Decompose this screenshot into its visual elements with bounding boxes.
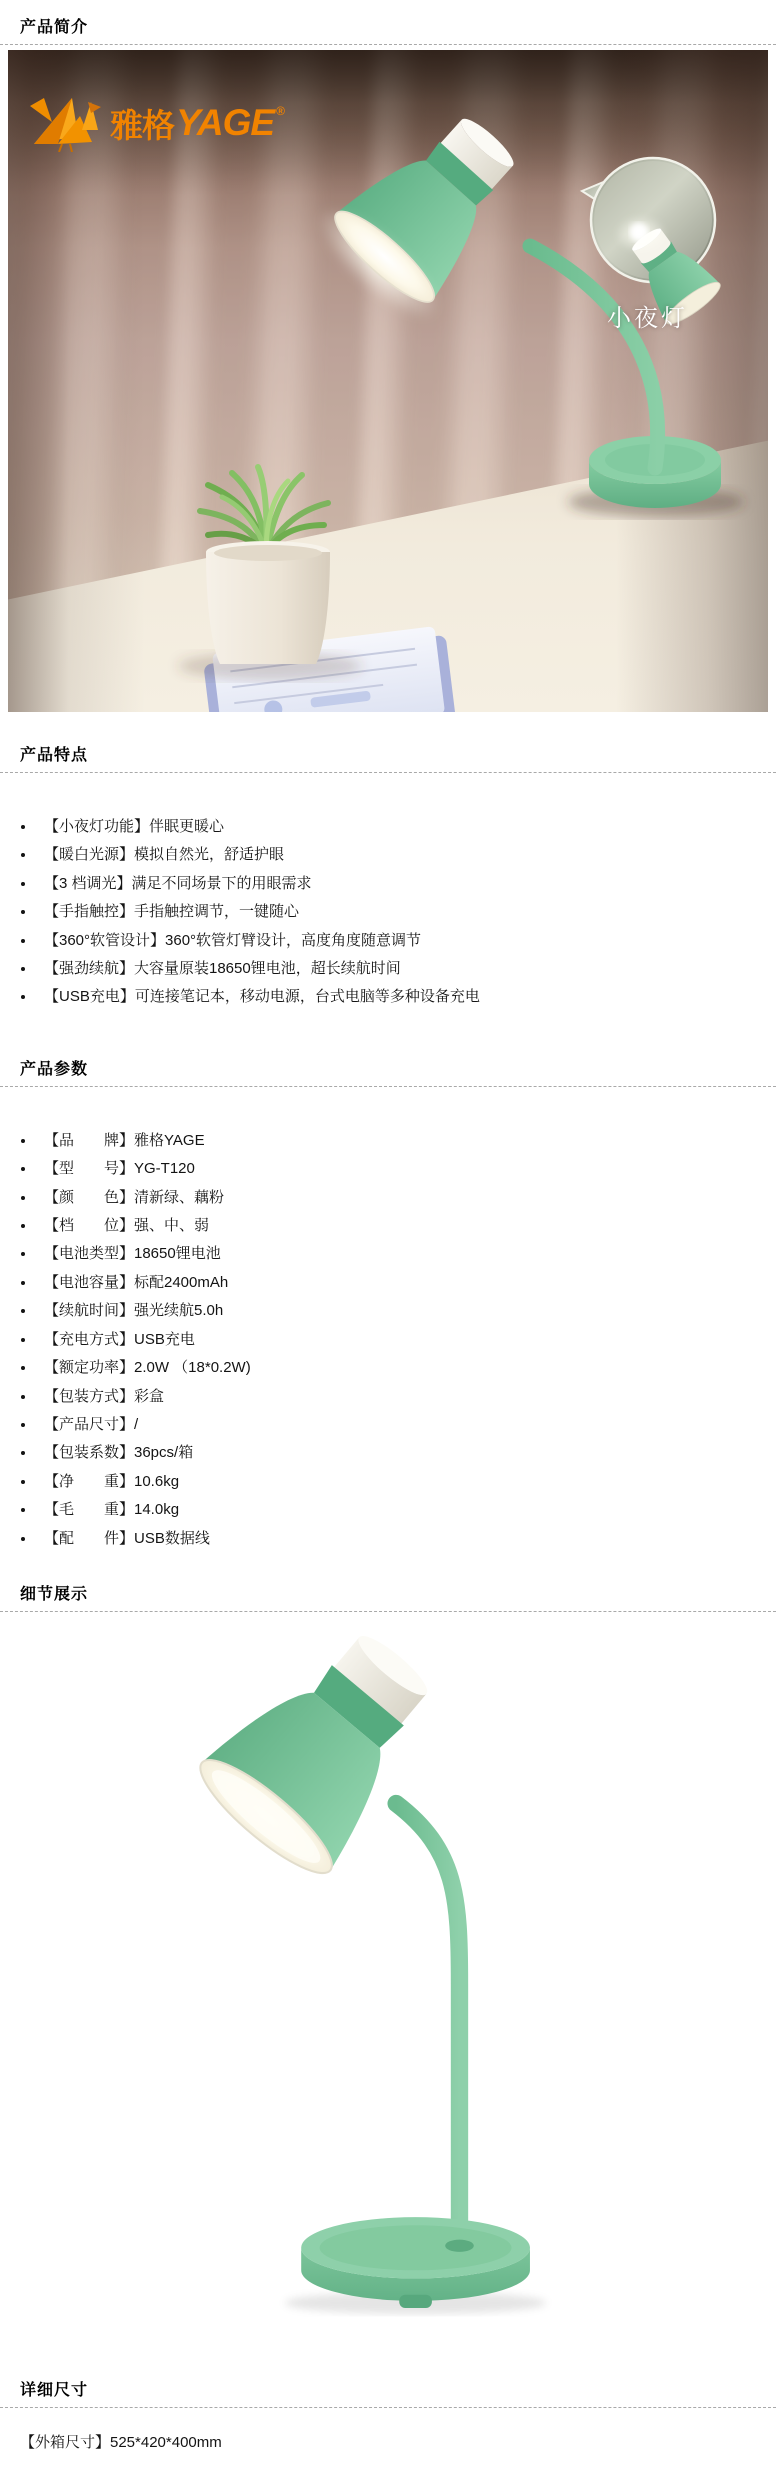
yage-crane-logo-icon [28, 94, 102, 152]
section-title-dimensions: 详细尺寸 [20, 2377, 776, 2400]
features-list: 【小夜灯功能】伴眠更暖心【暖白光源】模拟自然光，舒适护眼【3 档调光】满足不同场… [0, 813, 776, 1012]
brand-name-english: YAGE [176, 102, 274, 144]
detail-product-image [148, 1632, 628, 2367]
detail-lamp-illustration [148, 1632, 628, 2357]
params-list: 【品 牌】雅格YAGE【型 号】YG-T120【颜 色】清新绿、藕粉【档 位】强… [0, 1127, 776, 1553]
list-item: 【净 重】10.6kg [36, 1468, 776, 1496]
list-item: 【品 牌】雅格YAGE [36, 1127, 776, 1155]
section-header-intro: 产品简介 [0, 14, 776, 45]
brand-logo: 雅格YAGE® [28, 94, 285, 152]
list-item: 【电池类型】18650锂电池 [36, 1240, 776, 1268]
section-header-dimensions: 详细尺寸 [0, 2377, 776, 2408]
list-item: 【手指触控】手指触控调节，一键随心 [36, 898, 776, 926]
list-item: 【产品尺寸】/ [36, 1411, 776, 1439]
list-item: 【包装系数】36pcs/箱 [36, 1439, 776, 1467]
night-light-label: 小夜灯 [607, 298, 688, 333]
section-title-intro: 产品简介 [20, 14, 776, 37]
list-item: 【充电方式】USB充电 [36, 1326, 776, 1354]
list-item: 【额定功率】2.0W （18*0.2W) [36, 1354, 776, 1382]
list-item: 【毛 重】14.0kg [36, 1496, 776, 1524]
hero-product-photo: 雅格YAGE® 小夜灯 [8, 50, 768, 712]
list-item: 【型 号】YG-T120 [36, 1155, 776, 1183]
list-item: 【强劲续航】大容量原装18650锂电池，超长续航时间 [36, 955, 776, 983]
list-item: 【360°软管设计】360°软管灯臂设计，高度角度随意调节 [36, 927, 776, 955]
list-item: 【3 档调光】满足不同场景下的用眼需求 [36, 870, 776, 898]
list-item: 【续航时间】强光续航5.0h [36, 1297, 776, 1325]
list-item: 【档 位】强、中、弱 [36, 1212, 776, 1240]
list-item: 【电池容量】标配2400mAh [36, 1269, 776, 1297]
list-item: 【包装方式】彩盒 [36, 1383, 776, 1411]
outer-box-dimensions: 【外箱尺寸】525*420*400mm [20, 2431, 776, 2452]
list-item: 【配 件】USB数据线 [36, 1525, 776, 1553]
section-title-features: 产品特点 [20, 742, 776, 765]
registered-trademark-mark: ® [276, 104, 285, 118]
list-item: 【USB充电】可连接笔记本，移动电源，台式电脑等多种设备充电 [36, 983, 776, 1011]
brand-name-chinese: 雅格 [110, 100, 174, 147]
section-header-features: 产品特点 [0, 742, 776, 773]
list-item: 【暖白光源】模拟自然光，舒适护眼 [36, 841, 776, 869]
section-title-details: 细节展示 [20, 1581, 776, 1604]
list-item: 【小夜灯功能】伴眠更暖心 [36, 813, 776, 841]
section-header-details: 细节展示 [0, 1581, 776, 1612]
section-title-params: 产品参数 [20, 1056, 776, 1079]
list-item: 【颜 色】清新绿、藕粉 [36, 1184, 776, 1212]
section-header-params: 产品参数 [0, 1056, 776, 1087]
